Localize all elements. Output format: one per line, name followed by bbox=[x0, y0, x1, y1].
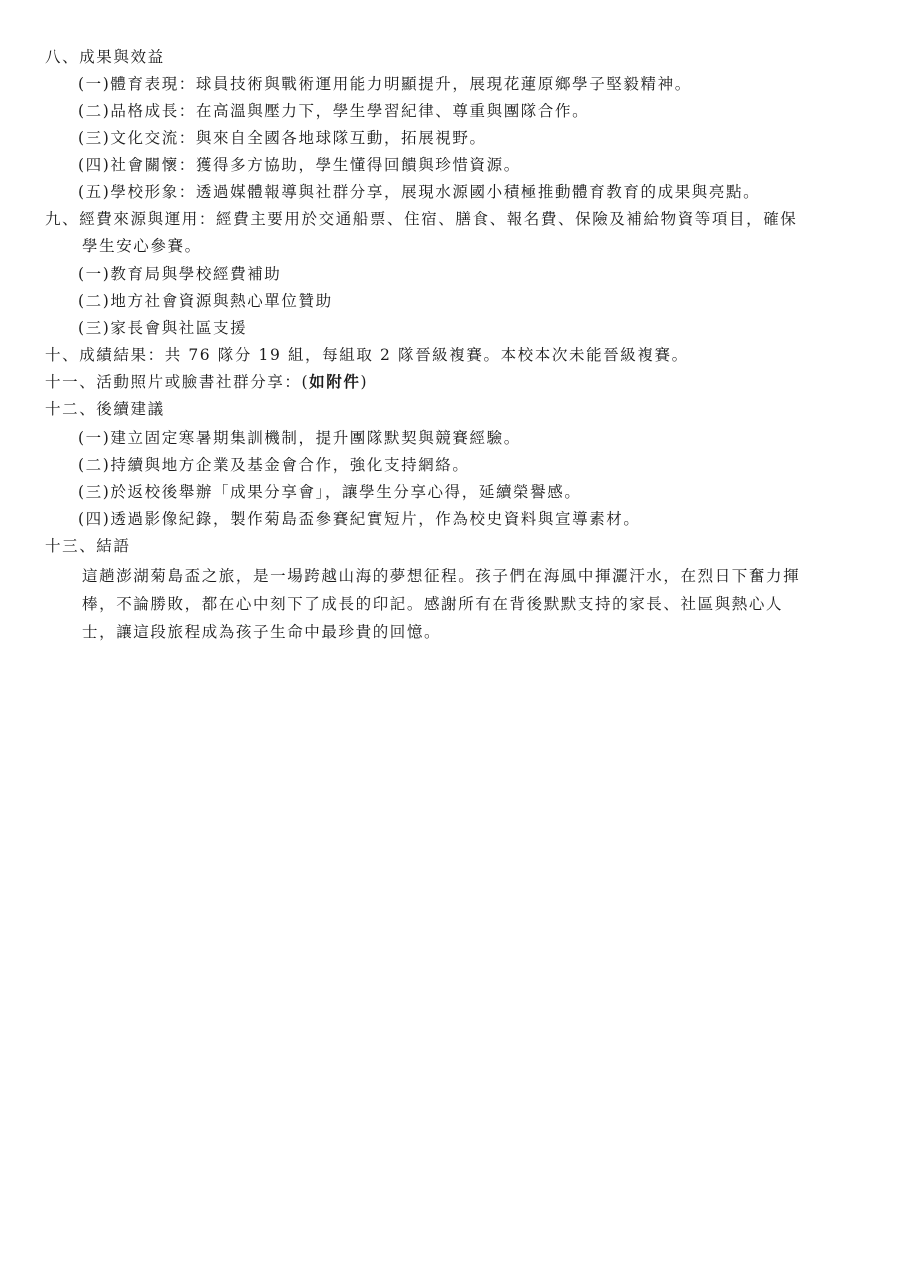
list-item: (三)家長會與社區支援 bbox=[78, 318, 247, 338]
list-item: (二)持續與地方企業及基金會合作，強化支持網絡。 bbox=[78, 455, 470, 475]
list-item: (三)於返校後舉辦「成果分享會」，讓學生分享心得，延續榮譽感。 bbox=[78, 482, 581, 502]
list-item: (二)品格成長：在高溫與壓力下，學生學習紀律、尊重與團隊合作。 bbox=[78, 101, 589, 121]
paragraph-line: 這趟澎湖菊島盃之旅，是一場跨越山海的夢想征程。孩子們在海風中揮灑汗水，在烈日下奮… bbox=[82, 566, 800, 586]
section-11-label: 十一、活動照片或臉書社群分享：( bbox=[45, 373, 309, 391]
section-heading-12: 十二、後續建議 bbox=[45, 399, 165, 419]
list-item: (四)透過影像紀錄，製作菊島盃參賽紀實短片，作為校史資料與宣導素材。 bbox=[78, 509, 641, 529]
list-item: (五)學校形象：透過媒體報導與社群分享，展現水源國小積極推動體育教育的成果與亮點… bbox=[78, 182, 760, 202]
paragraph-line: 士，讓這段旅程成為孩子生命中最珍貴的回憶。 bbox=[82, 622, 441, 642]
list-item: (四)社會關懷：獲得多方協助，學生懂得回饋與珍惜資源。 bbox=[78, 155, 521, 175]
section-11-close: ) bbox=[360, 373, 368, 391]
document-page: 八、成果與效益 (一)體育表現：球員技術與戰術運用能力明顯提升，展現花蓮原鄉學子… bbox=[0, 0, 904, 1280]
list-item: (二)地方社會資源與熱心單位贊助 bbox=[78, 291, 333, 311]
section-heading-9: 九、經費來源與運用：經費主要用於交通船票、住宿、膳食、報名費、保險及補給物資等項… bbox=[45, 209, 797, 229]
list-item: (一)教育局與學校經費補助 bbox=[78, 264, 281, 284]
paragraph-line: 棒，不論勝敗，都在心中刻下了成長的印記。感謝所有在背後默默支持的家長、社區與熱心… bbox=[82, 594, 783, 614]
list-item: (一)體育表現：球員技術與戰術運用能力明顯提升，展現花蓮原鄉學子堅毅精神。 bbox=[78, 74, 692, 94]
list-item: (一)建立固定寒暑期集訓機制，提升團隊默契與競賽經驗。 bbox=[78, 428, 521, 448]
section-heading-8: 八、成果與效益 bbox=[45, 47, 165, 67]
list-item: (三)文化交流：與來自全國各地球隊互動，拓展視野。 bbox=[78, 128, 487, 148]
section-heading-10: 十、成績結果：共 76 隊分 19 組，每組取 2 隊晉級複賽。本校本次未能晉級… bbox=[45, 345, 689, 365]
section-heading-11: 十一、活動照片或臉書社群分享：(如附件) bbox=[45, 372, 368, 392]
attachment-note: 如附件 bbox=[309, 372, 360, 391]
section-heading-9-continued: 學生安心參賽。 bbox=[82, 236, 202, 256]
section-heading-13: 十三、結語 bbox=[45, 536, 131, 556]
